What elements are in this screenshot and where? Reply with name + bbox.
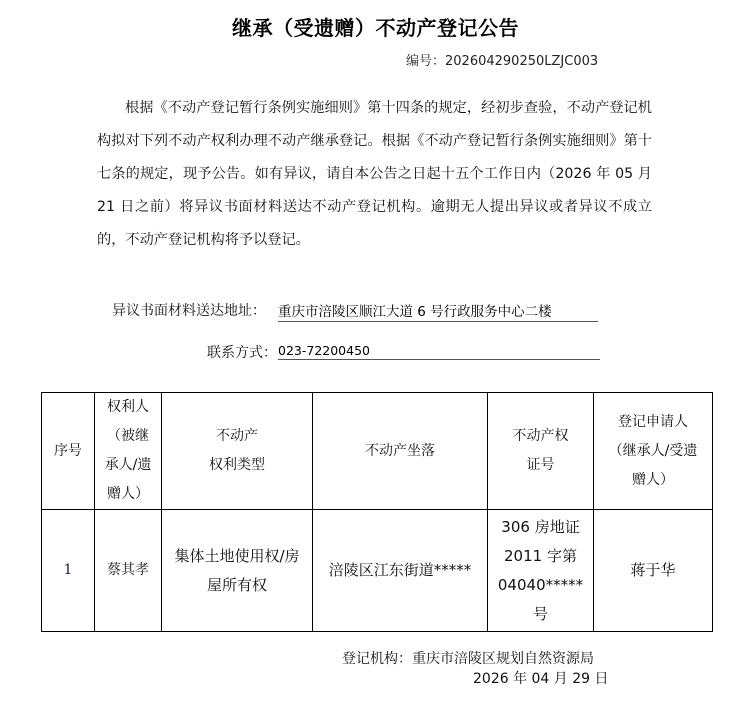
- cell-line: 集体土地使用权/房: [166, 542, 308, 571]
- header-index: 序号: [42, 393, 95, 510]
- table-row: 1 蔡其孝 集体土地使用权/房 屋所有权 涪陵区江东街道***** 306 房地…: [42, 510, 713, 632]
- header-line: 赠人）: [598, 466, 708, 495]
- serial-value: 202604290250LZJC003: [445, 54, 598, 69]
- cell-applicant: 蒋于华: [594, 510, 713, 632]
- registration-authority: 登记机构：重庆市涪陵区规划自然资源局: [342, 648, 594, 668]
- header-line: 赠人）: [99, 480, 157, 509]
- header-line: 权利类型: [166, 451, 308, 480]
- cell-location: 涪陵区江东街道*****: [313, 510, 488, 632]
- header-right-holder: 权利人 （被继 承人/遗 赠人）: [95, 393, 162, 510]
- header-certificate: 不动产权 证号: [488, 393, 594, 510]
- address-label: 异议书面材料送达地址：: [112, 300, 266, 320]
- notice-body: 根据《不动产登记暂行条例实施细则》第十四条的规定，经初步查验，不动产登记机构拟对…: [97, 92, 652, 257]
- header-applicant: 登记申请人 （继承人/受遗 赠人）: [594, 393, 713, 510]
- cell-line: 2011 字第: [492, 542, 589, 571]
- header-line: 不动产权: [492, 422, 589, 451]
- serial-number: 编号：202604290250LZJC003: [406, 50, 598, 69]
- header-location: 不动产坐落: [313, 393, 488, 510]
- notice-paragraph: 根据《不动产登记暂行条例实施细则》第十四条的规定，经初步查验，不动产登记机构拟对…: [97, 100, 652, 248]
- header-line: （被继: [99, 422, 157, 451]
- header-line: 不动产: [166, 422, 308, 451]
- address-value: 重庆市涪陵区顺江大道 6 号行政服务中心二楼: [278, 300, 598, 322]
- header-right-type: 不动产 权利类型: [162, 393, 313, 510]
- registration-table: 序号 权利人 （被继 承人/遗 赠人） 不动产 权利类型 不动产坐落 不动产权 …: [41, 392, 713, 632]
- cell-line: 04040*****: [492, 571, 589, 600]
- cell-index: 1: [42, 510, 95, 632]
- cell-right-type: 集体土地使用权/房 屋所有权: [162, 510, 313, 632]
- cell-right-holder: 蔡其孝: [95, 510, 162, 632]
- page-title: 继承（受遗赠）不动产登记公告: [0, 12, 751, 41]
- contact-value: 023-72200450: [278, 343, 600, 360]
- contact-label: 联系方式：: [207, 342, 277, 362]
- header-line: 登记申请人: [598, 408, 708, 437]
- cell-line: 号: [492, 600, 589, 629]
- header-line: 权利人: [99, 393, 157, 422]
- notice-date: 2026 年 04 月 29 日: [473, 668, 609, 688]
- cell-line: 屋所有权: [166, 571, 308, 600]
- serial-label: 编号：: [406, 54, 445, 69]
- header-line: 证号: [492, 451, 589, 480]
- table-header-row: 序号 权利人 （被继 承人/遗 赠人） 不动产 权利类型 不动产坐落 不动产权 …: [42, 393, 713, 510]
- header-line: （继承人/受遗: [598, 437, 708, 466]
- cell-certificate: 306 房地证 2011 字第 04040***** 号: [488, 510, 594, 632]
- cell-line: 306 房地证: [492, 513, 589, 542]
- header-line: 承人/遗: [99, 451, 157, 480]
